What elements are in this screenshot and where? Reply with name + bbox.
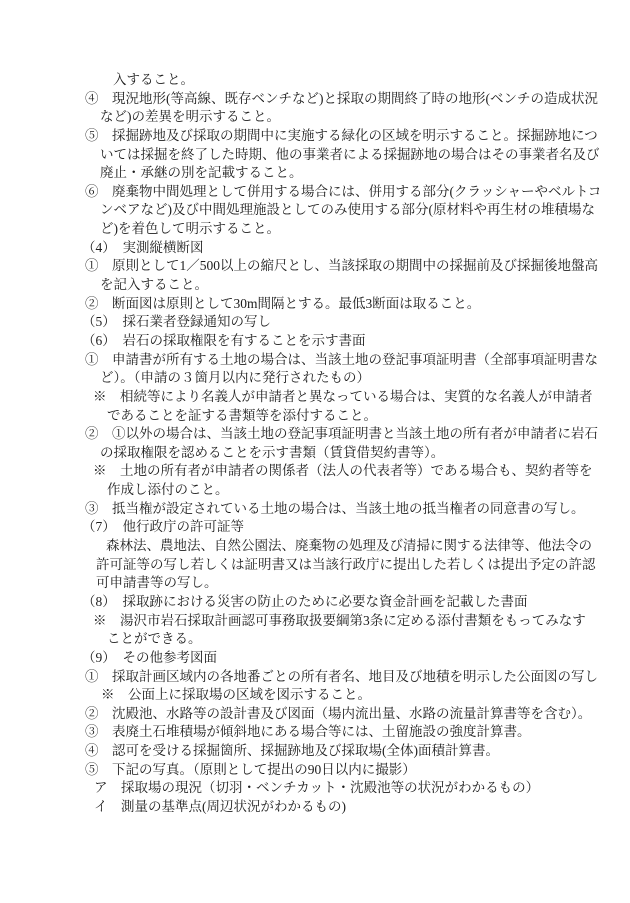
doc-line: ④ 現況地形(等高線、既存ベンチなど)と採取の期間終了時の地形(ベンチの造成状況 — [0, 90, 630, 109]
doc-line: であることを証する書類等を添付すること。 — [0, 407, 630, 426]
doc-line: ① 申請書が所有する土地の場合は、当該土地の登記事項証明書（全部事項証明書な — [0, 351, 630, 370]
doc-line: ど)を着色して明示すること。 — [0, 220, 630, 239]
doc-line: 入すること。 — [0, 71, 630, 90]
doc-line: ⑤ 下記の写真。（原則として提出の90日以内に撮影） — [0, 761, 630, 780]
doc-line: 可申請書等の写し。 — [0, 574, 630, 593]
doc-line: ※ 土地の所有者が申請者の関係者（法人の代表者等）である場合も、契約者等を — [0, 462, 630, 481]
doc-line: （8） 採取跡における災害の防止のために必要な資金計画を記載した書面 — [0, 593, 630, 612]
document-text-body: 入すること。④ 現況地形(等高線、既存ベンチなど)と採取の期間終了時の地形(ベン… — [0, 71, 630, 817]
doc-line: ① 採取計画区域内の各地番ごとの所有者名、地目及び地積を明示した公面図の写し — [0, 668, 630, 687]
doc-line: など)の差異を明示すること。 — [0, 108, 630, 127]
doc-line: ンベアなど)及び中間処理施設としてのみ使用する部分(原材料や再生材の堆積場な — [0, 201, 630, 220]
doc-line: ③ 表廃土石堆積場が傾斜地にある場合等には、土留施設の強度計算書。 — [0, 723, 630, 742]
doc-line: （5） 採石業者登録通知の写し — [0, 313, 630, 332]
doc-line: イ 測量の基準点(周辺状況がわかるもの) — [0, 798, 630, 817]
doc-line: の採取権限を認めることを示す書類（賃貸借契約書等）。 — [0, 444, 630, 463]
doc-line: ② 沈殿池、水路等の設計書及び図面（場内流出量、水路の流量計算書等を含む）。 — [0, 705, 630, 724]
doc-line: ※ 湯沢市岩石採取計画認可事務取扱要綱第3条に定める添付書類をもってみなす — [0, 612, 630, 631]
doc-line: ア 採取場の現況（切羽・ベンチカット・沈殿池等の状況がわかるもの） — [0, 779, 630, 798]
doc-line: を記入すること。 — [0, 276, 630, 295]
doc-line: 許可証等の写し若しくは証明書又は当該行政庁に提出した若しくは提出予定の許認 — [0, 556, 630, 575]
doc-line: ど）。（申請の３箇月以内に発行されたもの） — [0, 369, 630, 388]
doc-line: ⑥ 廃棄物中間処理として併用する場合には、併用する部分(クラッシャーやベルトコ — [0, 183, 630, 202]
document-page: 入すること。④ 現況地形(等高線、既存ベンチなど)と採取の期間終了時の地形(ベン… — [0, 0, 630, 903]
doc-line: ことができる。 — [0, 630, 630, 649]
doc-line: いては採掘を終了した時期、他の事業者による採掘跡地の場合はその事業者名及び — [0, 146, 630, 165]
doc-line: ① 原則として1／500以上の縮尺とし、当該採取の期間中の採掘前及び採掘後地盤高 — [0, 257, 630, 276]
doc-line: ② 断面図は原則として30m間隔とする。最低3断面は取ること。 — [0, 295, 630, 314]
doc-line: ※ 公面上に採取場の区域を図示すること。 — [0, 686, 630, 705]
doc-line: ④ 認可を受ける採掘箇所、採掘跡地及び採取場(全体)面積計算書。 — [0, 742, 630, 761]
doc-line: ⑤ 採掘跡地及び採取の期間中に実施する緑化の区域を明示すること。採掘跡地につ — [0, 127, 630, 146]
doc-line: ③ 抵当権が設定されている土地の場合は、当該土地の抵当権者の同意書の写し。 — [0, 500, 630, 519]
doc-line: ② ①以外の場合は、当該土地の登記事項証明書と当該土地の所有者が申請者に岩石 — [0, 425, 630, 444]
doc-line: 廃止・承継の別を記載すること。 — [0, 164, 630, 183]
doc-line: 森林法、農地法、自然公園法、廃棄物の処理及び清掃に関する法律等、他法令の — [0, 537, 630, 556]
doc-line: 作成し添付のこと。 — [0, 481, 630, 500]
doc-line: （4） 実測縦横断図 — [0, 239, 630, 258]
doc-line: ※ 相続等により名義人が申請者と異なっている場合は、実質的な名義人が申請者 — [0, 388, 630, 407]
doc-line: （7） 他行政庁の許可証等 — [0, 518, 630, 537]
doc-line: （6） 岩石の採取権限を有することを示す書面 — [0, 332, 630, 351]
doc-line: （9） その他参考図面 — [0, 649, 630, 668]
